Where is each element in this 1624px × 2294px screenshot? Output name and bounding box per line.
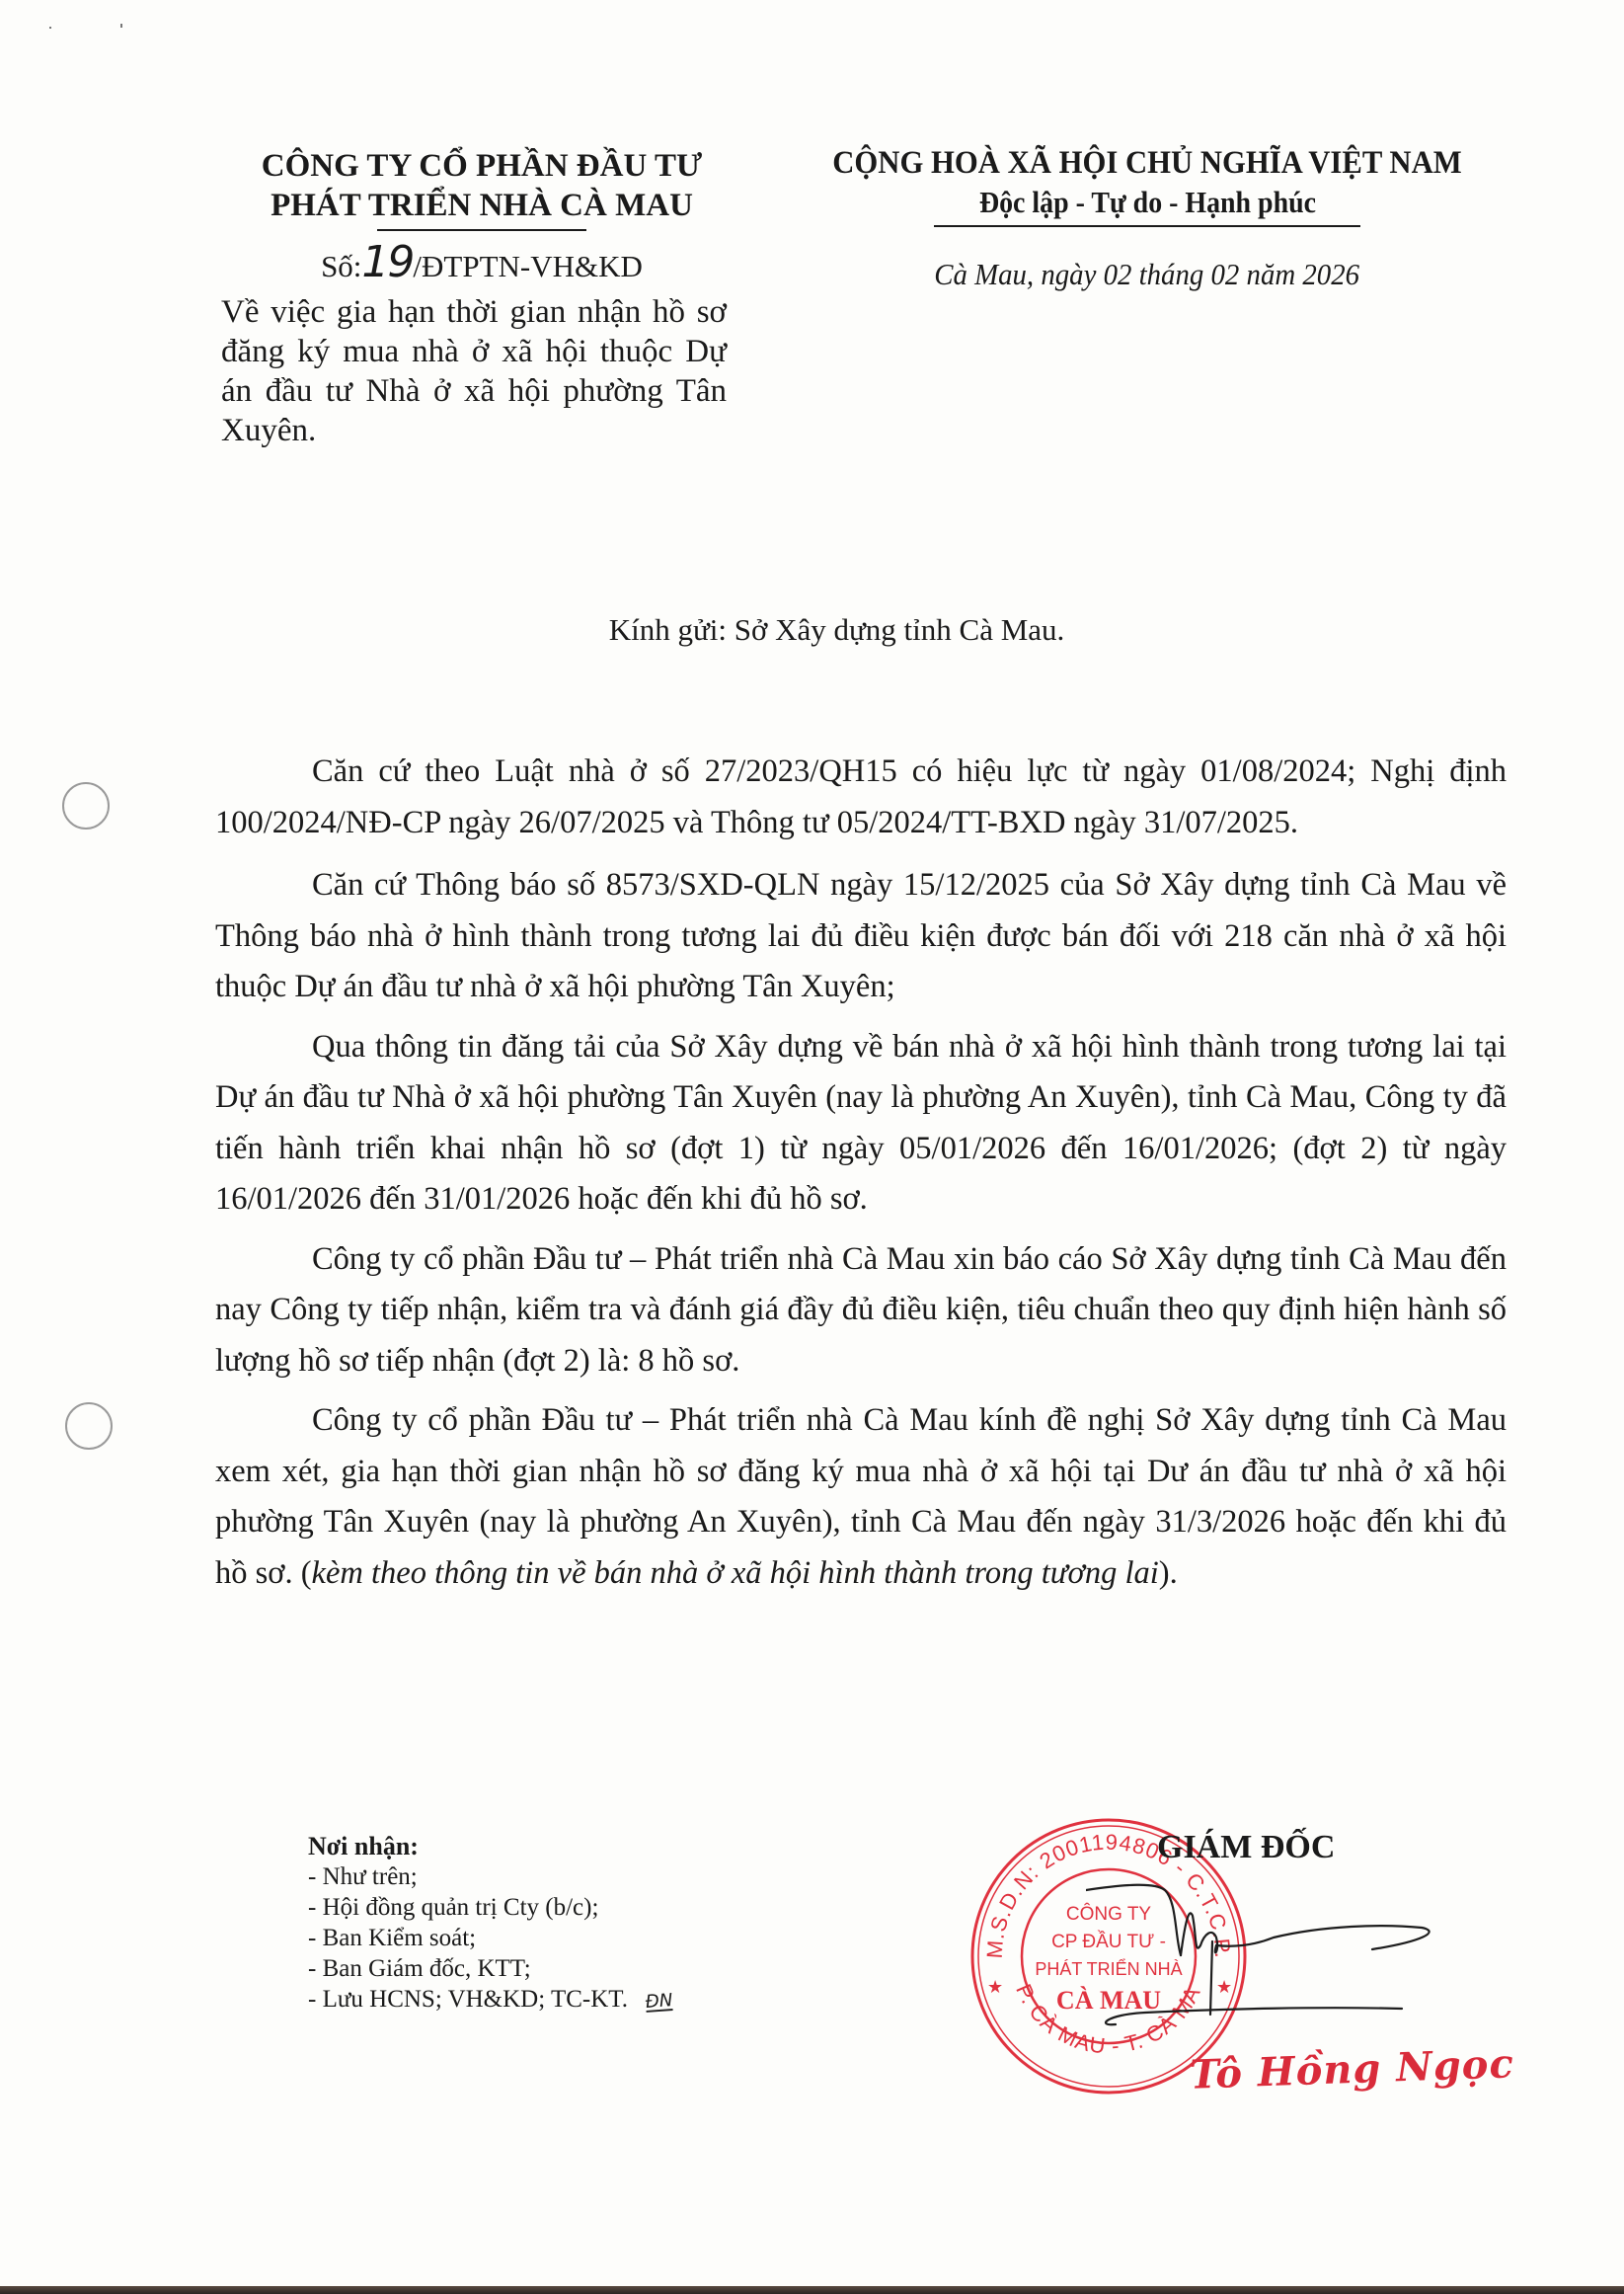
body-paragraph: Qua thông tin đăng tải của Sở Xây dựng v… (215, 1022, 1507, 1226)
distribution-title: Nơi nhận: (308, 1831, 672, 1861)
body-paragraph: Công ty cổ phần Đầu tư – Phát triển nhà … (215, 1234, 1507, 1387)
punch-hole-top (62, 782, 110, 830)
document-number: Số:19/ĐTPTN-VH&KD (225, 243, 738, 286)
issuer-name-line1: CÔNG TY CỔ PHẦN ĐẦU TƯ (225, 146, 738, 186)
svg-text:★: ★ (987, 1977, 1003, 1997)
place-date: Cà Mau, ngày 02 tháng 02 năm 2026 (935, 257, 1360, 292)
document-body: Căn cứ theo Luật nhà ở số 27/2023/QH15 c… (215, 747, 1507, 1608)
handwritten-initials: ĐN (645, 1993, 673, 2013)
issuer-header: CÔNG TY CỔ PHẦN ĐẦU TƯ PHÁT TRIỂN NHÀ CÀ… (225, 146, 738, 286)
scan-speck (49, 27, 51, 29)
recipient-text: Kính gửi: Sở Xây dựng tỉnh Cà Mau. (609, 612, 1065, 647)
signer-name: Tô Hồng Ngọc (1189, 2040, 1514, 2097)
national-motto: Độc lập - Tự do - Hạnh phúc (978, 183, 1315, 222)
issuer-underline (377, 229, 586, 231)
body-paragraph: Căn cứ theo Luật nhà ở số 27/2023/QH15 c… (215, 747, 1507, 848)
recipient-line: Kính gửi: Sở Xây dựng tỉnh Cà Mau. (0, 612, 1624, 648)
scan-speck (120, 24, 122, 28)
handwritten-signature-icon (1086, 1876, 1501, 2044)
doc-number-prefix: Số: (321, 249, 361, 283)
distribution-item-text: - Lưu HCNS; VH&KD; TC-KT. (308, 1986, 628, 2013)
scan-edge (0, 2286, 1624, 2294)
distribution-item: - Ban Giám đốc, KTT; (308, 1953, 672, 1984)
punch-hole-bottom (65, 1402, 113, 1450)
distribution-item: - Như trên; (308, 1861, 672, 1892)
national-header: CỘNG HOÀ XÃ HỘI CHỦ NGHĨA VIỆT NAM Độc l… (752, 143, 1542, 292)
body-paragraph-request: Công ty cổ phần Đầu tư – Phát triển nhà … (215, 1395, 1507, 1599)
distribution-item: - Lưu HCNS; VH&KD; TC-KT.ĐN (308, 1984, 672, 2015)
body-paragraph: Căn cứ Thông báo số 8573/SXD-QLN ngày 15… (215, 860, 1507, 1013)
issuer-name-line2: PHÁT TRIỂN NHÀ CÀ MAU (225, 186, 738, 225)
request-tail: ). (1159, 1555, 1178, 1591)
distribution-item: - Hội đồng quản trị Cty (b/c); (308, 1892, 672, 1923)
doc-number-suffix: /ĐTPTN-VH&KD (413, 249, 643, 283)
attachment-note: kèm theo thông tin về bán nhà ở xã hội h… (312, 1555, 1159, 1591)
signatory-title: GIÁM ĐỐC (1157, 1829, 1335, 1866)
nation-title: CỘNG HOÀ XÃ HỘI CHỦ NGHĨA VIỆT NAM (780, 143, 1514, 183)
distribution-list: Nơi nhận: - Như trên; - Hội đồng quản tr… (308, 1831, 672, 2015)
doc-number-handwritten: 19 (361, 237, 413, 287)
document-subject: Về việc gia hạn thời gian nhận hồ sơ đăn… (221, 292, 727, 450)
distribution-item: - Ban Kiểm soát; (308, 1923, 672, 1953)
